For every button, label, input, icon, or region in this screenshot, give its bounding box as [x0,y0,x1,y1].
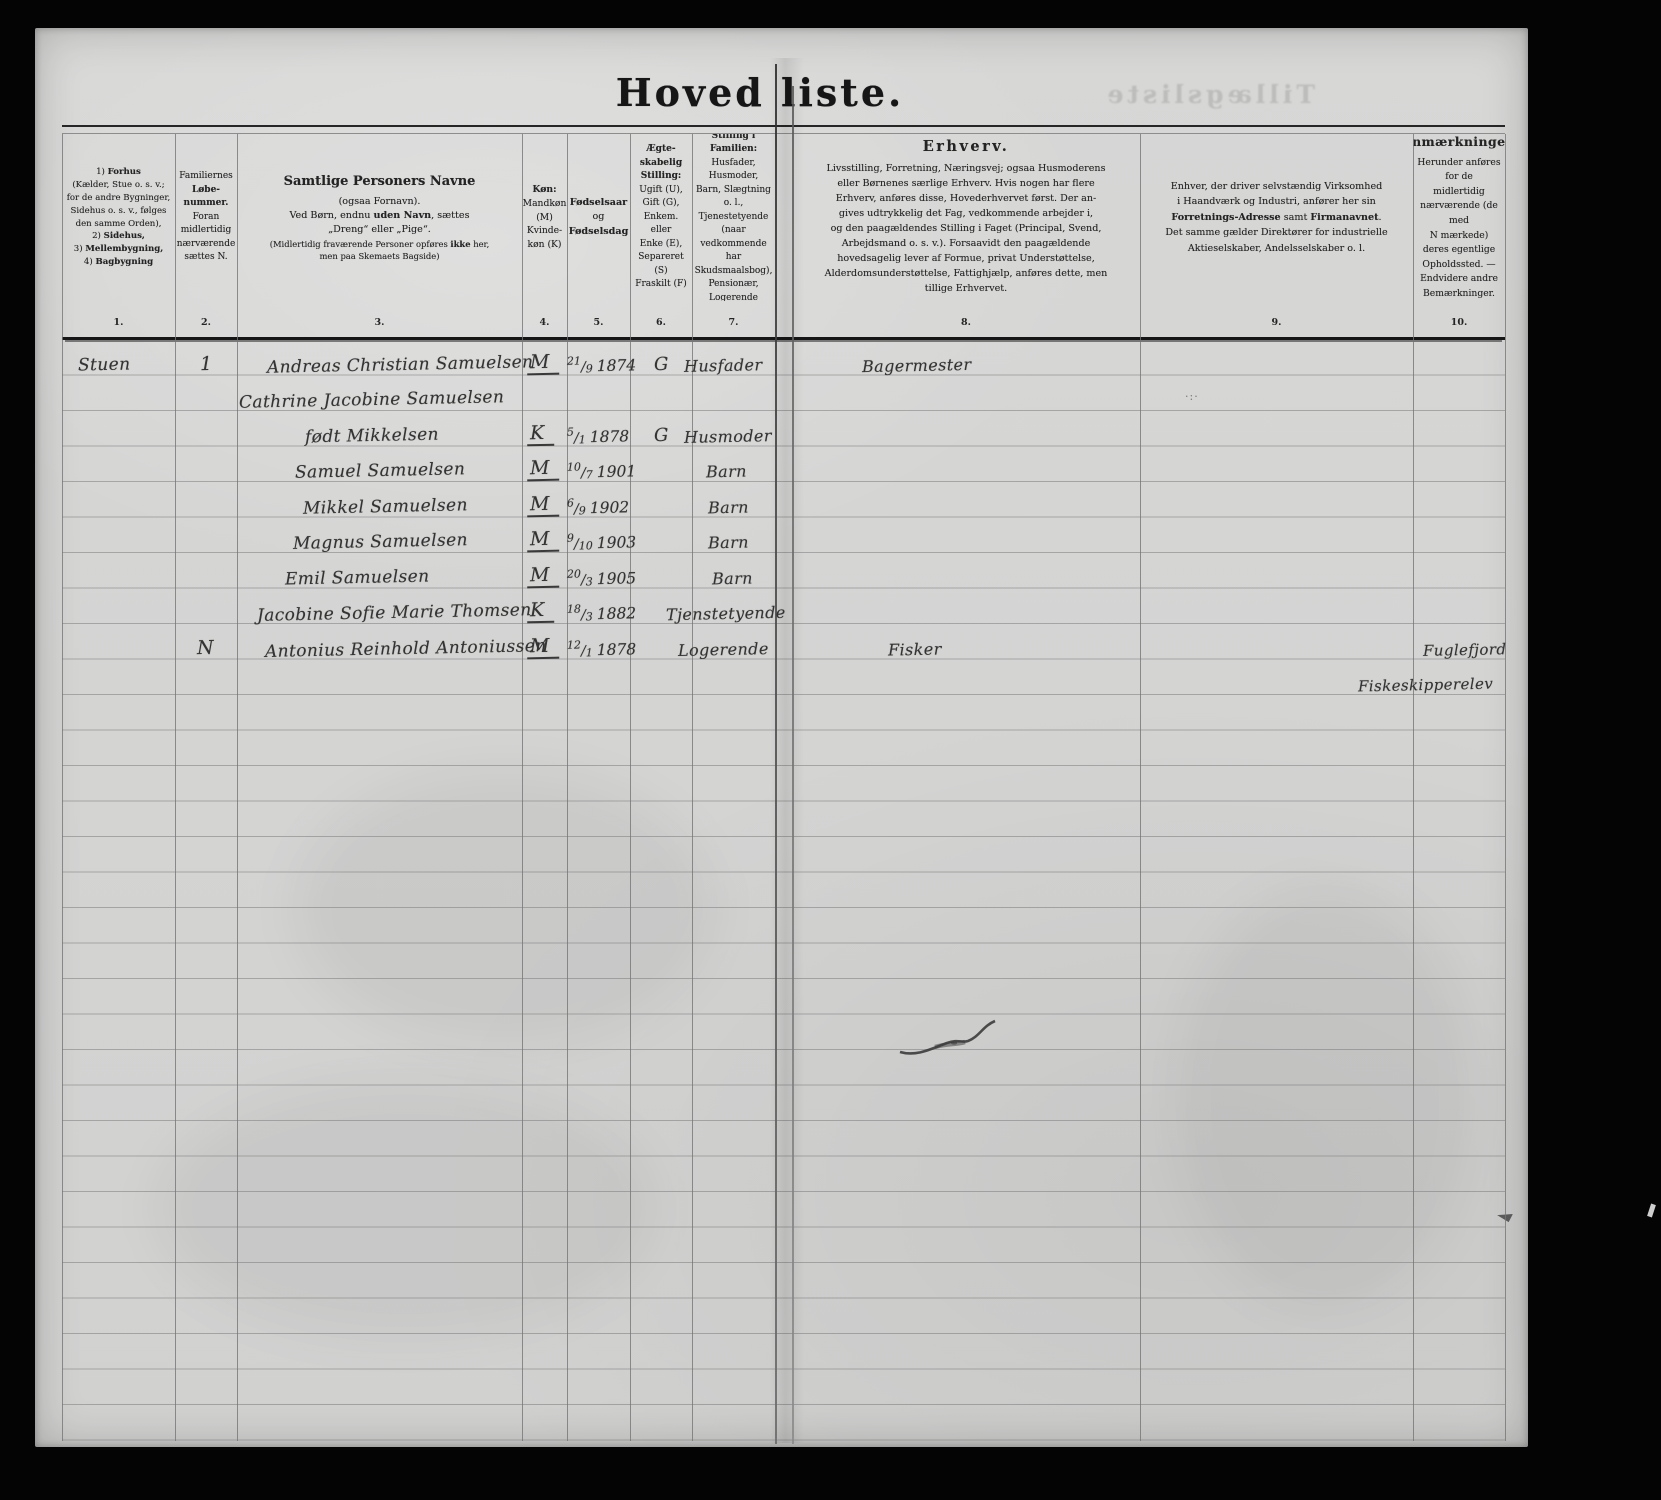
handwritten-entry: Jacobine Sofie Marie Thomsen [257,600,532,626]
header-text-line: 4) Bagbygning [84,256,153,269]
table-row: Samuel SamuelsenM10/71901Barn [62,447,1505,483]
cell-family-position: Barn [692,553,775,589]
handwritten-birthdate: 21/91874 [567,353,637,375]
table-row: Emil SamuelsenM20/31905Barn [62,553,1505,589]
cell-birthdate: 21/91874 [567,340,630,376]
handwritten-entry: G [653,424,668,445]
cell-occupation [792,518,1140,554]
handwritten-entry: Logerende [678,639,769,660]
fold-spacer [775,482,792,518]
column-number: 10. [1413,301,1505,337]
cell-family-number [175,482,237,518]
header-text-line: N mærkede) deres egentlige [1416,229,1502,258]
cell-sex: M [522,482,567,518]
cell-occupation [792,553,1140,589]
cell-family-position: Husfader [692,340,775,376]
cell-building [62,482,175,518]
cell-family-position [692,660,775,696]
table-row: Cathrine Jacobine Samuelsen [62,376,1505,412]
cell-business-address [1140,624,1413,660]
header-text-line: i Haandværk og Industri, anfører her sin [1177,194,1376,210]
handwritten-entry: M [527,563,559,588]
handwritten-entry: M [527,457,559,482]
header-text-line: Mandkøn [523,197,567,211]
cell-family-number [175,447,237,483]
cell-occupation [792,376,1140,412]
cell-name: født Mikkelsen [237,411,522,447]
fold-spacer [775,624,792,660]
column-number: 2. [175,301,237,337]
cell-remark [1413,447,1505,483]
cell-birthdate: 20/31905 [567,553,630,589]
handwritten-entry: M [527,350,559,375]
cell-marital-status [630,447,692,483]
cell-family-position: Husmoder [692,411,775,447]
header-text-line: køn (K) [528,238,562,252]
fold-spacer [775,518,792,554]
header-text-line: Familiernes [179,170,233,184]
header-text-line: Barn, Slægtning o. l., [695,184,772,211]
cell-occupation [792,482,1140,518]
cell-family-number [175,660,237,696]
header-text-line: (ogsaa Fornavn). [339,195,421,209]
cell-occupation [792,660,1140,696]
header-text-line: Fødselsdag [569,225,629,239]
cell-business-address [1140,553,1413,589]
cell-business-address [1140,589,1413,625]
table-body: Stuen1Andreas Christian SamuelsenM21/918… [62,340,1505,1441]
header-text-line: „Dreng“ eller „Pige“. [328,223,431,237]
cell-marital-status [630,518,692,554]
header-text-line: Fraskilt (F) [635,278,687,292]
cell-name: Samuel Samuelsen [237,447,522,483]
handwritten-birthdate: 9/101903 [567,530,637,552]
header-text-line: Tjenestetyende [699,211,769,225]
header-text-line: nærværende [177,238,236,252]
cell-family-position: Barn [692,482,775,518]
cell-business-address [1140,482,1413,518]
cell-birthdate [567,376,630,412]
header-text-line: midlertidig [181,224,232,238]
cell-sex [522,376,567,412]
header-text-line: og den paagældendes Stilling i Faget (Pr… [831,222,1102,237]
column-number: 5. [567,301,630,337]
fold-spacer [775,660,792,696]
handwritten-birthdate: 18/31882 [567,601,637,623]
header-text-line: Samtlige Personers Navne [284,172,476,192]
cell-marital-status [630,376,692,412]
column-header-navne: Samtlige Personers Navne(ogsaa Fornavn).… [237,134,522,301]
handwritten-entry: Bagermester [862,354,972,375]
handwritten-entry: Husmoder [684,426,772,447]
handwritten-entry: Cathrine Jacobine Samuelsen [239,387,505,413]
header-text-line: Sidehus o. s. v., følges [71,205,167,218]
handwritten-entry: K [527,421,554,446]
cell-marital-status [630,553,692,589]
cell-building [62,518,175,554]
ink-smudge [897,1014,1002,1064]
header-text-line: hovedsagelig lever af Formue, privat Und… [837,252,1095,267]
handwritten-entry: Mikkel Samuelsen [303,495,468,518]
cell-remark: Fuglefjord [1413,624,1505,660]
cell-family-number [175,553,237,589]
column-number: 9. [1140,301,1413,337]
table-row: Stuen1Andreas Christian SamuelsenM21/918… [62,340,1505,376]
header-text-line: men paa Skemaets Bagside) [319,250,439,263]
handwritten-birthdate: 20/31905 [567,566,637,588]
cell-remark [1413,589,1505,625]
fold-spacer [775,589,792,625]
column-number: 1. [62,301,175,337]
header-text-line: Gift (G), [643,197,680,211]
cell-occupation: Fisker [792,624,1140,660]
cell-business-address [1140,411,1413,447]
column-header-erhverv: Erhverv.Livsstilling, Forretning, Næring… [792,134,1140,301]
header-text-line: Forretnings-Adresse samt Firmanavnet. [1171,210,1381,226]
cell-occupation: Bagermester [792,340,1140,376]
cell-sex [522,660,567,696]
cell-occupation [792,447,1140,483]
handwritten-birthdate: 5/11878 [567,424,630,446]
cell-building [62,589,175,625]
header-text-line: Løbe- [192,184,220,198]
cell-birthdate: 6/91902 [567,482,630,518]
handwritten-entry: K [527,599,554,624]
handwritten-entry: Antonius Reinhold Antoniussen [265,636,547,662]
header-text-line: Stilling: [641,170,682,184]
header-text-line: Stilling i Familien: [695,134,772,157]
cell-building: Stuen [62,340,175,376]
handwritten-entry: Fuglefjord [1423,640,1507,660]
header-text-line: Opholdssted. — Endvidere andre [1416,258,1502,287]
column-header-aegteskabelig: Ægte-skabeligStilling:Ugift (U),Gift (G)… [630,134,692,301]
cell-occupation [792,411,1140,447]
cell-name: Cathrine Jacobine Samuelsen [237,376,522,412]
handwritten-entry: Fisker [888,639,942,659]
handwritten-entry: M [527,492,559,517]
cell-occupation [792,589,1140,625]
handwritten-entry: M [527,634,559,659]
cell-remark [1413,518,1505,554]
page-title: Hoved liste. [616,70,905,115]
table-row: Fiskeskipperelev [62,660,1505,696]
bleedthrough-mirrored-text: Tillægsliste [1095,80,1315,109]
handwritten-birthdate: 12/11878 [567,637,637,659]
header-text-line: Enke (E), [640,238,682,252]
table-row: født MikkelsenK5/11878GHusmoder [62,411,1505,447]
header-text-line: Aktieselskaber, Andelsselskaber o. l. [1188,241,1365,257]
cell-family-position: Barn [692,447,775,483]
cell-building [62,411,175,447]
cell-family-number [175,518,237,554]
handwritten-entry: Barn [708,533,749,553]
cell-remark [1413,376,1505,412]
cell-sex: M [522,447,567,483]
table-row: Mikkel SamuelsenM6/91902Barn [62,482,1505,518]
cell-birthdate: 10/71901 [567,447,630,483]
handwritten-entry: Emil Samuelsen [285,566,430,589]
cell-sex: K [522,411,567,447]
header-text-line: (Kælder, Stue o. s. v.; [72,179,164,192]
header-text-line: Erhverv, anføres disse, Hovederhvervet f… [836,192,1097,207]
cell-family-number [175,589,237,625]
cell-name: Jacobine Sofie Marie Thomsen [237,589,522,625]
scanner-edge-speck [1647,1204,1656,1218]
cell-sex: M [522,553,567,589]
header-text-line: eller Børnenes særlige Erhverv. Hvis nog… [837,177,1094,192]
column-header-stilling-i-familien: Stilling i Familien:Husfader, Husmoder,B… [692,134,775,301]
cell-name: Antonius Reinhold Antoniussen [237,624,522,660]
cell-name: Mikkel Samuelsen [237,482,522,518]
header-text-line: Arbejdsmand o. s. v.). Forsaavidt den pa… [842,237,1091,252]
column-header-title: Erhverv. [923,138,1010,155]
cell-birthdate: 9/101903 [567,518,630,554]
header-text-line: Herunder anføres for de [1416,156,1502,185]
handwritten-entry: Barn [706,462,747,482]
handwritten-birthdate: 6/91902 [567,495,630,517]
cell-building [62,553,175,589]
column-header-loebenummer: FamiliernesLøbe-nummer.Foranmidlertidign… [175,134,237,301]
column-header-bygning: 1) Forhus(Kælder, Stue o. s. v.;for de a… [62,134,175,301]
column-number: 4. [522,301,567,337]
cell-remark [1413,482,1505,518]
handwritten-entry: N [197,636,214,658]
cell-birthdate [567,660,630,696]
cell-remark [1413,340,1505,376]
table-row: Jacobine Sofie Marie ThomsenK18/31882Tje… [62,589,1505,625]
cell-business-address [1140,447,1413,483]
header-text-line: og [593,210,605,224]
header-text-line: Ugift (U), [639,184,683,198]
cell-sex: M [522,518,567,554]
column-number: 3. [237,301,522,337]
header-text-line: Alderdomsunderstøttelse, Fattighjælp, an… [825,267,1108,282]
header-text-line: Separeret [638,251,684,265]
header-text-line: 2) Sidehus, [92,230,145,243]
cell-building [62,624,175,660]
handwritten-entry: Husfader [684,355,763,376]
fold-spacer [775,447,792,483]
header-text-line: den samme Orden), [76,218,162,231]
handwritten-entry: Barn [708,497,749,517]
cell-family-number: 1 [175,340,237,376]
column-number: 7. [692,301,775,337]
header-text-line: Ægte- [646,143,675,157]
cell-remark [1413,411,1505,447]
header-text-line: sættes N. [184,251,227,265]
census-page: Tillægsliste Hoved liste. 1) Forhus(Kæld… [35,28,1528,1447]
column-number: 6. [630,301,692,337]
fold-spacer [775,340,792,376]
handwritten-entry: 1 [200,352,213,374]
header-text-line: har Skudsmaalsbog), [695,251,773,278]
column-header-foedsel: FødselsaarogFødselsdag [567,134,630,301]
header-text-line: midlertidig nærværende (de med [1416,185,1502,229]
header-text-line: Livsstilling, Forretning, Næringsvej; og… [826,162,1105,177]
cell-building [62,660,175,696]
handwritten-entry: Samuel Samuelsen [295,459,466,483]
cell-name: Emil Samuelsen [237,553,522,589]
cell-business-address [1140,376,1413,412]
fold-spacer [775,553,792,589]
column-header-koen: Køn:Mandkøn(M)Kvinde-køn (K) [522,134,567,301]
cell-family-number [175,411,237,447]
cell-sex: M [522,340,567,376]
cell-sex: K [522,589,567,625]
cell-name [237,660,522,696]
column-header-forretningsadresse: Enhver, der driver selvstændig Virksomhe… [1140,134,1413,301]
header-text-line: Ved Børn, endnu uden Navn, sættes [289,209,469,223]
header-text-line: (M) [536,211,553,225]
header-text-line: 1) Forhus [96,166,141,179]
cell-birthdate: 5/11878 [567,411,630,447]
column-number: 8. [792,301,1140,337]
header-text-line: for de andre Bygninger, [67,192,171,205]
header-text-line: (naar vedkommende [695,224,772,251]
cell-building [62,376,175,412]
handwritten-entry: Andreas Christian Samuelsen [267,352,534,378]
cell-business-address [1140,518,1413,554]
header-text-line: gives udtrykkelig det Fag, vedkommende a… [839,207,1093,222]
cell-family-position: Logerende [692,624,775,660]
cell-sex: M [522,624,567,660]
fold-spacer [775,411,792,447]
header-text-line: Pensionær, Logerende [695,278,772,301]
handwritten-entry: G [653,353,668,374]
cell-family-position [692,376,775,412]
fold-spacer [775,376,792,412]
scanned-document-background: Tillægsliste Hoved liste. 1) Forhus(Kæld… [0,0,1661,1500]
table-row: Magnus SamuelsenM9/101903Barn [62,518,1505,554]
cell-birthdate: 12/11878 [567,624,630,660]
table-row: NAntonius Reinhold AntoniussenM12/11878L… [62,624,1505,660]
header-text-line: Køn: [532,183,556,197]
cell-remark: Fiskeskipperelev [1413,660,1505,696]
cell-marital-status: G [630,340,692,376]
header-text-line: skabelig [640,157,682,171]
handwritten-entry: Fiskeskipperelev [1358,675,1493,696]
handwritten-entry: Magnus Samuelsen [293,530,468,554]
header-text-line: Enhver, der driver selvstændig Virksomhe… [1171,179,1383,195]
cell-name: Magnus Samuelsen [237,518,522,554]
cell-marital-status [630,660,692,696]
header-text-line: Kvinde- [527,224,562,238]
handwritten-entry: født Mikkelsen [305,424,439,447]
header-text-line: Bemærkninger. [1423,287,1495,301]
cell-business-address [1140,340,1413,376]
handwritten-entry: Stuen [78,354,131,375]
handwritten-entry: Barn [712,568,753,588]
handwritten-birthdate: 10/71901 [567,459,637,481]
cell-family-position: Tjenstetyende [692,589,775,625]
cell-remark [1413,553,1505,589]
header-text-line: nummer. [184,197,229,211]
cell-family-number: N [175,624,237,660]
header-text-line: Enkem. eller [633,211,689,238]
cell-marital-status [630,482,692,518]
cell-building [62,447,175,483]
cell-family-position: Barn [692,518,775,554]
header-text-line: Det samme gælder Direktører for industri… [1165,225,1387,241]
column-header-title: Anmærkninger. [1413,134,1505,149]
cell-birthdate: 18/31882 [567,589,630,625]
header-text-line: Husfader, Husmoder, [695,157,772,184]
column-header-anmaerkninger: Anmærkninger.Herunder anføres for demidl… [1413,134,1505,301]
column-grid-line [1505,134,1506,1441]
header-text-line: Fødselsaar [570,196,627,210]
header-text-line: Foran [193,211,220,225]
handwritten-entry: M [527,528,559,553]
header-text-line: tillige Erhvervet. [925,282,1007,297]
header-text-line: 3) Mellembygning, [74,243,163,256]
cell-family-number [175,376,237,412]
handwritten-entry: Tjenstetyende [666,603,786,625]
header-text-line: (Midlertidig fraværende Personer opføres… [270,238,490,251]
table-body-rows: Stuen1Andreas Christian SamuelsenM21/918… [62,340,1505,1441]
cell-marital-status: G [630,411,692,447]
header-text-line: (S) [654,265,667,279]
cell-name: Andreas Christian Samuelsen [237,340,522,376]
